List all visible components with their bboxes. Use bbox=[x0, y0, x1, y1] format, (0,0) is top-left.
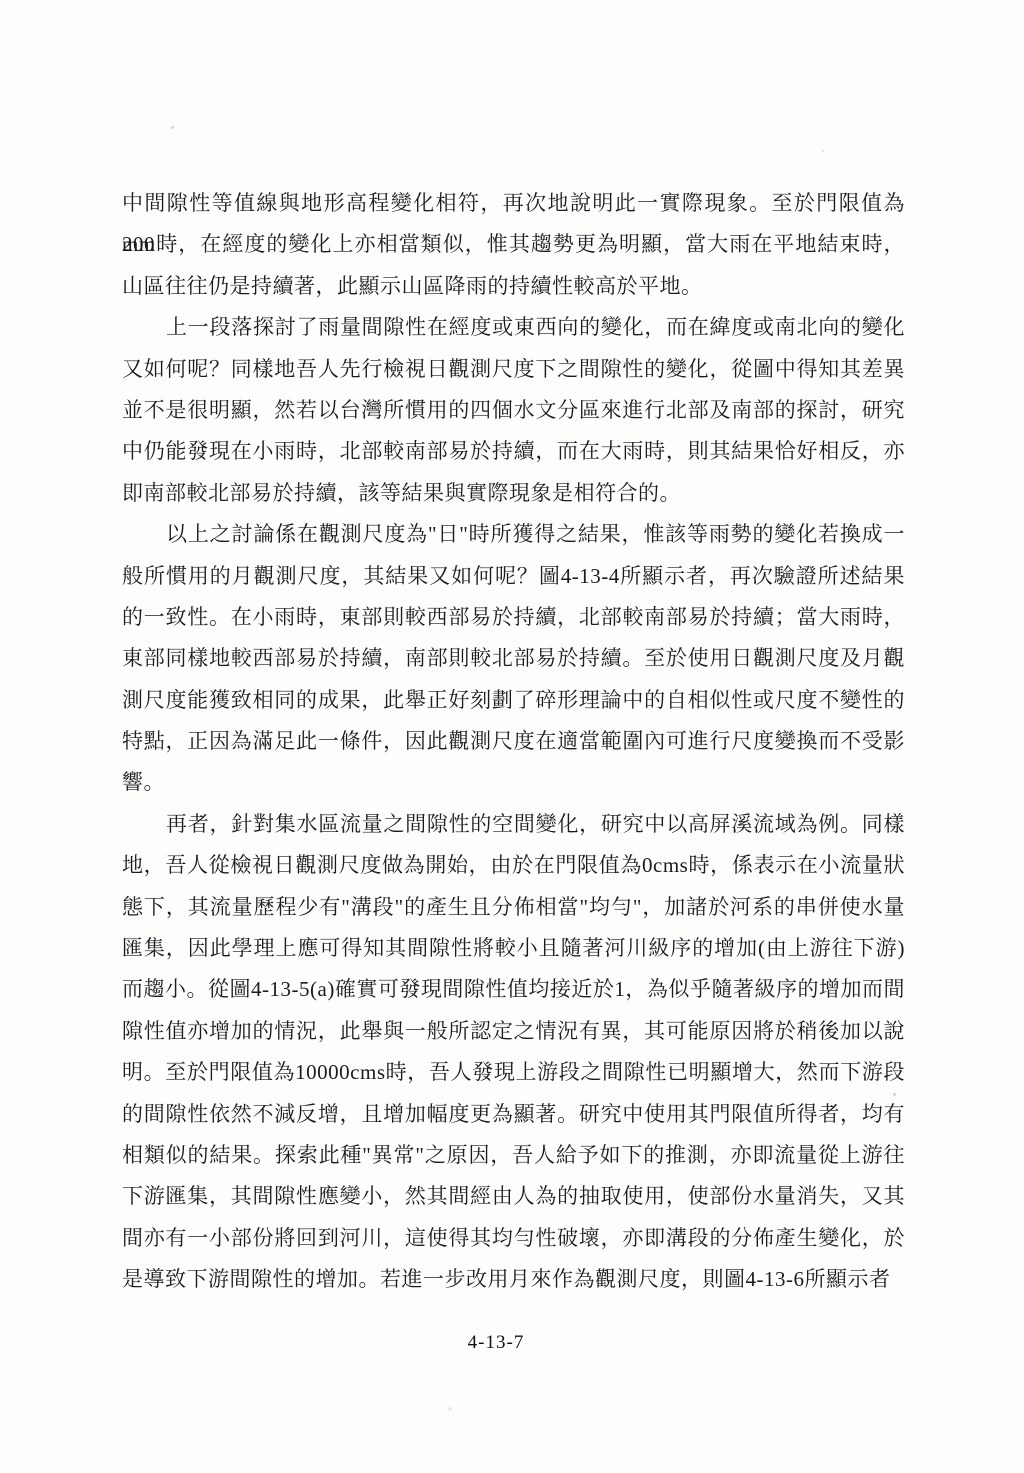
text-line: 是導致下游間隙性的增加。若進一步改用月來作為觀測尺度，則圖4-13-6所顯示者 bbox=[122, 1259, 905, 1300]
text-line: 中間隙性等值線與地形高程變化相符，再次地說明此一實際現象。至於門限值為200 bbox=[122, 183, 905, 224]
text-line: 上一段落探討了雨量間隙性在經度或東西向的變化，而在緯度或南北向的變化 bbox=[122, 307, 905, 348]
text-line: 測尺度能獲致相同的成果，此舉正好刻劃了碎形理論中的自相似性或尺度不變性的 bbox=[122, 680, 905, 721]
document-page: 中間隙性等值線與地形高程變化相符，再次地說明此一實際現象。至於門限值為200 m… bbox=[0, 0, 1024, 1473]
text-line: 特點，正因為滿足此一條件，因此觀測尺度在適當範圍內可進行尺度變換而不受影 bbox=[122, 721, 905, 762]
text-line: 的間隙性依然不減反增，且增加幅度更為顯著。研究中使用其門限值所得者，均有 bbox=[122, 1094, 905, 1135]
scan-speck bbox=[822, 150, 824, 152]
text-line: 又如何呢？同樣地吾人先行檢視日觀測尺度下之間隙性的變化，從圖中得知其差異 bbox=[122, 349, 905, 390]
text-line: 隙性值亦增加的情況，此舉與一般所認定之情況有異，其可能原因將於稍後加以說 bbox=[122, 1011, 905, 1052]
text-line: 間亦有一小部份將回到河川，這使得其均勻性破壞，亦即溝段的分佈產生變化，於 bbox=[122, 1218, 905, 1259]
text-line: 以上之討論係在觀測尺度為"日"時所獲得之結果，惟該等雨勢的變化若換成一 bbox=[122, 514, 905, 555]
text-line: 即南部較北部易於持續，該等結果與實際現象是相符合的。 bbox=[122, 473, 905, 514]
text-line: 明。至於門限值為10000cms時，吾人發現上游段之間隙性已明顯增大，然而下游段 bbox=[122, 1052, 905, 1093]
text-line: 響。 bbox=[122, 762, 905, 803]
text-line: 地，吾人從檢視日觀測尺度做為開始，由於在門限值為0cms時，係表示在小流量狀 bbox=[122, 845, 905, 886]
text-line: 而趨小。從圖4-13-5(a)確實可發現間隙性值均接近於1，為似乎隨著級序的增加… bbox=[122, 969, 905, 1010]
scan-speck bbox=[893, 1093, 896, 1096]
text-line: 相類似的結果。探索此種"異常"之原因，吾人給予如下的推測，亦即流量從上游往 bbox=[122, 1135, 905, 1176]
text-line: 再者，針對集水區流量之間隙性的空間變化，研究中以高屏溪流域為例。同樣 bbox=[122, 804, 905, 845]
body-text: 中間隙性等值線與地形高程變化相符，再次地說明此一實際現象。至於門限值為200 m… bbox=[122, 183, 905, 1301]
text-line: 中仍能發現在小雨時，北部較南部易於持續，而在大雨時，則其結果恰好相反，亦 bbox=[122, 431, 905, 472]
text-line: 的一致性。在小雨時，東部則較西部易於持續，北部較南部易於持續；當大雨時， bbox=[122, 597, 905, 638]
text-line: 下游匯集，其間隙性應變小，然其間經由人為的抽取使用，使部份水量消失，又其 bbox=[122, 1176, 905, 1217]
text-line: mm時，在經度的變化上亦相當類似，惟其趨勢更為明顯，當大雨在平地結束時， bbox=[122, 224, 905, 265]
text-line: 匯集，因此學理上應可得知其間隙性將較小且隨著河川級序的增加(由上游往下游) bbox=[122, 928, 905, 969]
page-number: 4-13-7 bbox=[122, 1332, 870, 1354]
text-line: 東部同樣地較西部易於持續，南部則較北部易於持續。至於使用日觀測尺度及月觀 bbox=[122, 638, 905, 679]
scan-speck bbox=[171, 126, 174, 129]
text-line: 般所慣用的月觀測尺度，其結果又如何呢？圖4-13-4所顯示者，再次驗證所述結果 bbox=[122, 556, 905, 597]
text-line: 山區往往仍是持續著，此顯示山區降雨的持續性較高於平地。 bbox=[122, 266, 905, 307]
text-line: 並不是很明顯，然若以台灣所慣用的四個水文分區來進行北部及南部的探討，研究 bbox=[122, 390, 905, 431]
scan-speck bbox=[448, 1407, 452, 1411]
text-line: 態下，其流量歷程少有"溝段"的產生且分佈相當"均勻"，加諸於河系的串併使水量 bbox=[122, 887, 905, 928]
